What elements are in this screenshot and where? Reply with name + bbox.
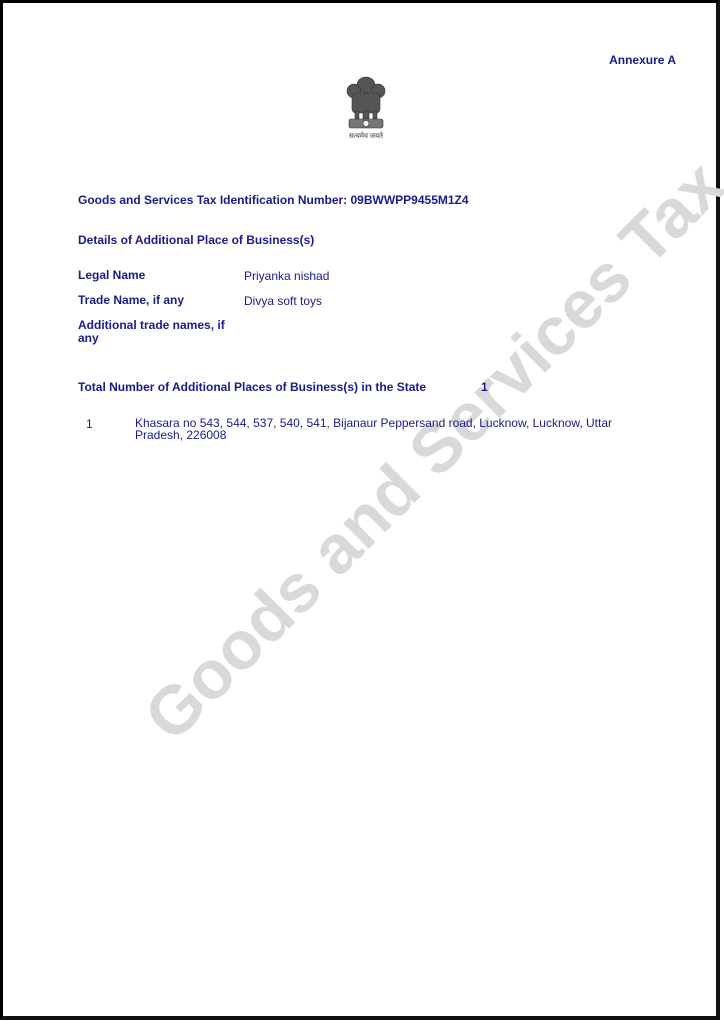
field-label: Trade Name, if any (78, 294, 238, 307)
field-value: Priyanka nishad (244, 269, 329, 283)
total-places-label: Total Number of Additional Places of Bus… (78, 380, 426, 394)
annexure-label: Annexure A (609, 53, 676, 67)
place-address: Khasara no 543, 544, 537, 540, 541, Bija… (135, 417, 635, 441)
field-value: Divya soft toys (244, 294, 322, 308)
field-label: Legal Name (78, 269, 238, 282)
total-places-value: 1 (481, 380, 488, 394)
section-title: Details of Additional Place of Business(… (78, 233, 314, 247)
gstin-line: Goods and Services Tax Identification Nu… (78, 193, 469, 207)
field-label: Additional trade names, if any (78, 319, 238, 345)
document-page: Goods and Services Tax Annexure A सत्यमे… (0, 0, 720, 1020)
emblem-motto: सत्यमेव जयते (333, 132, 399, 141)
place-index: 1 (86, 417, 93, 431)
